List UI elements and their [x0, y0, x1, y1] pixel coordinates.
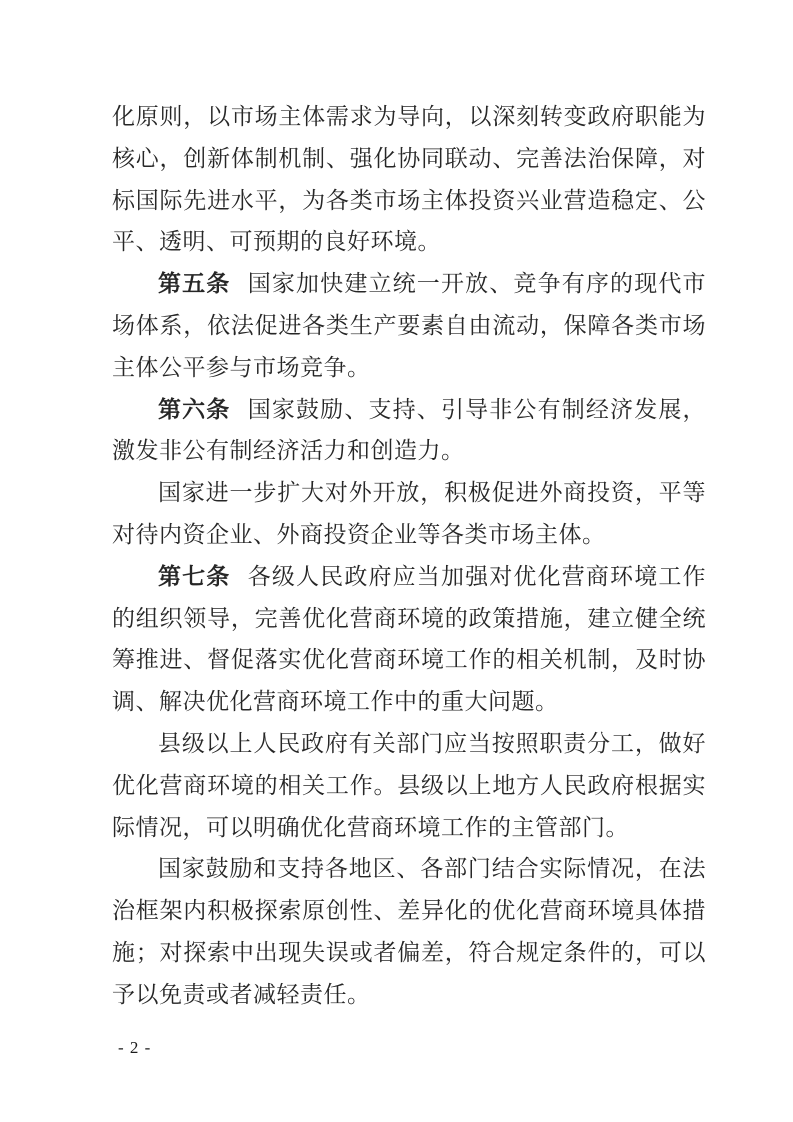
article-number-label: 第七条 — [158, 563, 230, 589]
article-number-label: 第六条 — [158, 396, 230, 422]
paragraph: 第五条国家加快建立统一开放、竞争有序的现代市场体系，依法促进各类生产要素自由流动… — [112, 263, 706, 388]
paragraph-text: 国家进一步扩大对外开放，积极促进外商投资，平等对待内资企业、外商投资企业等各类市… — [112, 480, 706, 547]
paragraph: 第六条国家鼓励、支持、引导非公有制经济发展，激发非公有制经济活力和创造力。 — [112, 389, 706, 473]
paragraph: 化原则，以市场主体需求为导向，以深刻转变政府职能为核心，创新体制机制、强化协同联… — [112, 96, 706, 263]
document-body: 化原则，以市场主体需求为导向，以深刻转变政府职能为核心，创新体制机制、强化协同联… — [112, 96, 706, 1016]
paragraph: 第七条各级人民政府应当加强对优化营商环境工作的组织领导，完善优化营商环境的政策措… — [112, 556, 706, 723]
paragraph: 国家进一步扩大对外开放，积极促进外商投资，平等对待内资企业、外商投资企业等各类市… — [112, 472, 706, 556]
document-page: 化原则，以市场主体需求为导向，以深刻转变政府职能为核心，创新体制机制、强化协同联… — [0, 0, 793, 1122]
paragraph-text: 国家鼓励和支持各地区、各部门结合实际情况，在法治框架内积极探索原创性、差异化的优… — [112, 856, 706, 1006]
paragraph-text: 化原则，以市场主体需求为导向，以深刻转变政府职能为核心，创新体制机制、强化协同联… — [112, 104, 706, 254]
article-number-label: 第五条 — [158, 270, 230, 296]
paragraph-text: 县级以上人民政府有关部门应当按照职责分工，做好优化营商环境的相关工作。县级以上地… — [112, 731, 706, 840]
paragraph: 县级以上人民政府有关部门应当按照职责分工，做好优化营商环境的相关工作。县级以上地… — [112, 723, 706, 848]
paragraph: 国家鼓励和支持各地区、各部门结合实际情况，在法治框架内积极探索原创性、差异化的优… — [112, 848, 706, 1015]
page-number: - 2 - — [118, 1038, 151, 1058]
